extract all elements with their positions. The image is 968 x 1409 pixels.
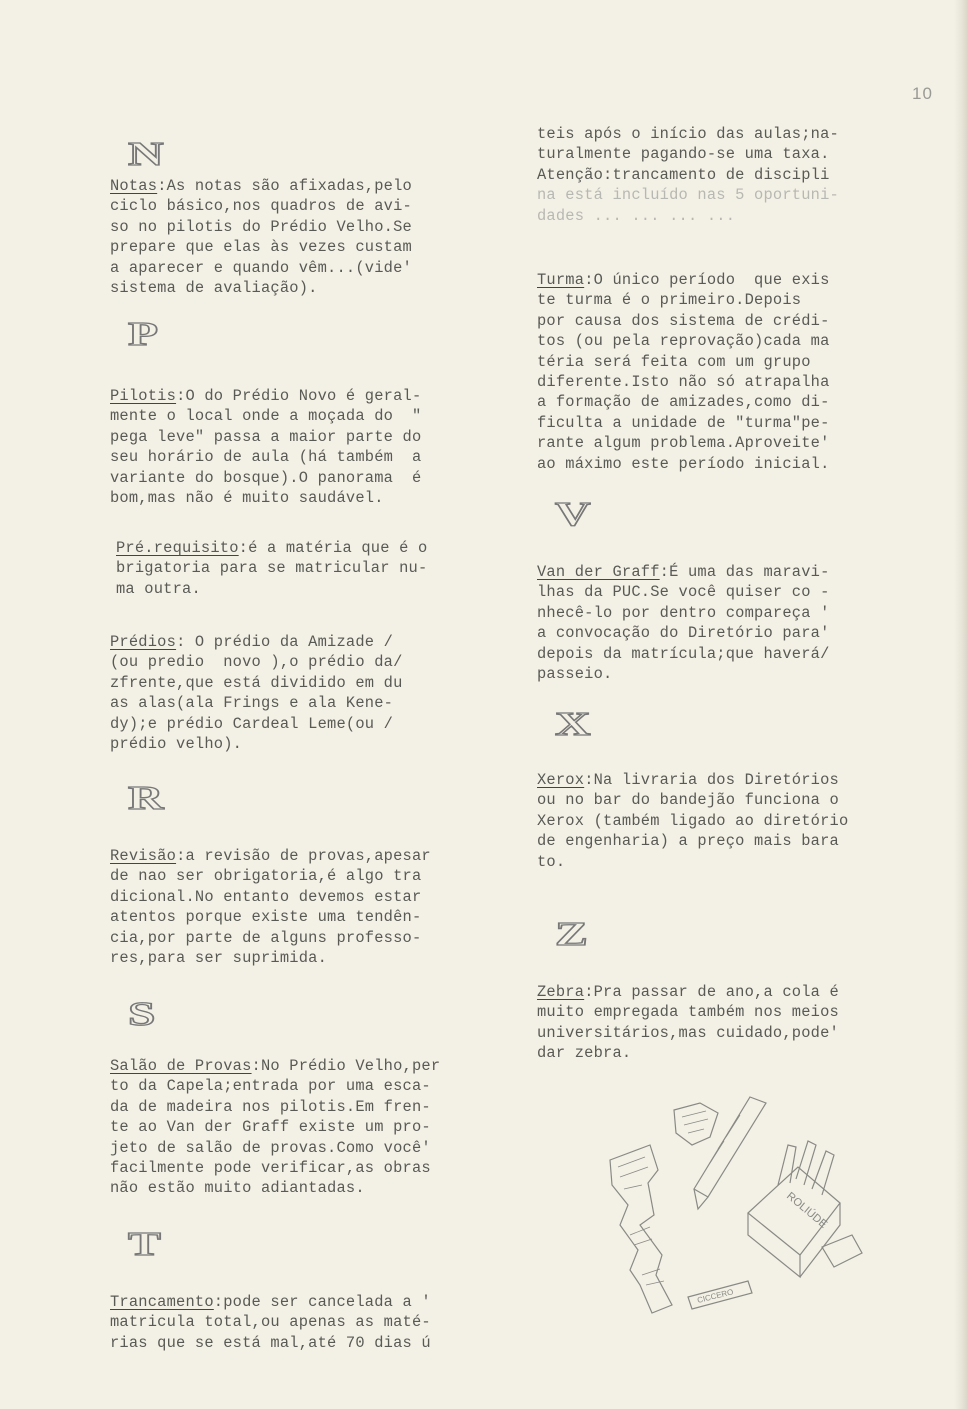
text-line: brigatoria para se matricular nu- [116, 558, 536, 578]
entry-term: Prédios [110, 633, 176, 651]
entry-body: Van der Graff:É uma das maravi-lhas da P… [537, 562, 957, 684]
text-line: ma outra. [116, 579, 536, 599]
entry-turma: Turma:O único período que existe turma é… [537, 270, 957, 474]
text-line: lhas da PUC.Se você quiser co - [537, 582, 957, 602]
entry-term: Pré.requisito [116, 539, 239, 557]
entry-pilotis: P Pilotis:O do Prédio Novo é geral-mente… [110, 318, 530, 508]
entry-body: Prédios: O prédio da Amizade /(ou predio… [110, 632, 530, 754]
section-letter-x: X [555, 708, 588, 742]
section-letter-n: N [128, 138, 161, 172]
text-line: passeio. [537, 664, 957, 684]
text-line: Revisão:a revisão de provas,apesar [110, 846, 530, 866]
text-line: Pré.requisito:é a matéria que é o [116, 538, 536, 558]
text-line: bom,mas não é muito saudável. [110, 488, 530, 508]
section-letter-t: T [128, 1228, 158, 1262]
entry-body: Pilotis:O do Prédio Novo é geral-mente o… [110, 386, 530, 508]
entry-body: Trancamento:pode ser cancelada a 'matric… [110, 1292, 530, 1353]
text-line: Prédios: O prédio da Amizade / [110, 632, 530, 652]
text-line: dy);e prédio Cardeal Leme(ou / [110, 714, 530, 734]
text-line: Turma:O único período que exis [537, 270, 957, 290]
entry-term: Turma [537, 271, 584, 289]
entry-van-der-graff: V Van der Graff:É uma das maravi-lhas da… [537, 498, 957, 684]
text-line: rante algum problema.Aproveite' [537, 433, 957, 453]
entry-notas: N Notas:As notas são afixadas,pelociclo … [110, 138, 530, 298]
text-line: universitários,mas cuidado,pode' [537, 1023, 957, 1043]
text-line: to. [537, 852, 957, 872]
text-line: Xerox:Na livraria dos Diretórios [537, 770, 957, 790]
entry-term: Pilotis [110, 387, 176, 405]
text-line: diferente.Isto não só atrapalha [537, 372, 957, 392]
entry-salao-de-provas: S Salão de Provas:No Prédio Velho,perto … [110, 998, 530, 1199]
gum-stick-icon: CICCERO [688, 1281, 752, 1309]
text-line: Trancamento:pode ser cancelada a ' [110, 1292, 530, 1312]
text-line: a formação de amizades,como di- [537, 392, 957, 412]
text-line: a aparecer e quando vêm...(vide' [110, 258, 530, 278]
entry-body: teis após o início das aulas;na-turalmen… [537, 124, 957, 185]
entry-term: Van der Graff [537, 563, 660, 581]
text-line: Atenção:trancamento de discipli [537, 165, 957, 185]
text-line: a convocação do Diretório para' [537, 623, 957, 643]
entry-xerox: X Xerox:Na livraria dos Diretóriosou no … [537, 708, 957, 872]
text-line: rias que se está mal,até 70 dias ú [110, 1333, 530, 1353]
text-line: téria será feita com um grupo [537, 352, 957, 372]
text-line: pega leve" passa a maior parte do [110, 427, 530, 447]
faded-line: na está incluído nas 5 oportuni- [537, 185, 957, 205]
section-letter-r: R [128, 782, 161, 816]
text-line: Zebra:Pra passar de ano,a cola é [537, 982, 957, 1002]
text-line: não estão muito adiantadas. [110, 1178, 530, 1198]
section-letter-z: Z [555, 918, 585, 952]
text-line: ficulta a unidade de "turma"pe- [537, 413, 957, 433]
entry-body: Zebra:Pra passar de ano,a cola émuito em… [537, 982, 957, 1064]
entry-trancamento-continued: teis após o início das aulas;na-turalmen… [537, 124, 957, 226]
text-line: por causa dos sistema de crédi- [537, 311, 957, 331]
section-letter-v: V [555, 498, 588, 532]
faded-text: na está incluído nas 5 oportuni-dades ..… [537, 185, 957, 226]
text-line: dicional.No entanto devemos estar [110, 887, 530, 907]
entry-term: Trancamento [110, 1293, 214, 1311]
entry-term: Xerox [537, 771, 584, 789]
text-line: variante do bosque).O panorama é [110, 468, 530, 488]
svg-text:ROLIÚDE: ROLIÚDE [784, 1189, 830, 1230]
text-line: Pilotis:O do Prédio Novo é geral- [110, 386, 530, 406]
pencil-icon [694, 1097, 766, 1209]
text-line: teis após o início das aulas;na- [537, 124, 957, 144]
entry-term: Zebra [537, 983, 584, 1001]
text-line: nhecê-lo por dentro compareça ' [537, 603, 957, 623]
text-line: Van der Graff:É uma das maravi- [537, 562, 957, 582]
text-line: Xerox (também ligado ao diretório [537, 811, 957, 831]
text-line: te ao Van der Graff existe um pro- [110, 1117, 530, 1137]
entry-term: Revisão [110, 847, 176, 865]
faded-line: dades ... ... ... ... [537, 206, 957, 226]
text-line: prédio velho). [110, 734, 530, 754]
entry-body: Pré.requisito:é a matéria que é obrigato… [116, 538, 536, 599]
entry-trancamento: T Trancamento:pode ser cancelada a 'matr… [110, 1228, 530, 1353]
entry-term: Salão de Provas [110, 1057, 252, 1075]
text-line: (ou predio novo ),o prédio da/ [110, 652, 530, 672]
entry-predios: Prédios: O prédio da Amizade /(ou predio… [110, 632, 530, 754]
text-line: as alas(ala Frings e ala Kene- [110, 693, 530, 713]
text-line: to da Capela;entrada por uma esca- [110, 1076, 530, 1096]
text-line: seu horário de aula (há também a [110, 447, 530, 467]
text-line: sistema de avaliação). [110, 278, 530, 298]
section-letter-p: P [128, 318, 155, 352]
text-line: Salão de Provas:No Prédio Velho,per [110, 1056, 530, 1076]
entry-body: Turma:O único período que existe turma é… [537, 270, 957, 474]
text-line: so no pilotis do Prédio Velho.Se [110, 217, 530, 237]
section-letter-s: S [128, 998, 153, 1032]
text-line: dar zebra. [537, 1043, 957, 1063]
text-line: de engenharia) a preço mais bara [537, 831, 957, 851]
text-line: prepare que elas às vezes custam [110, 237, 530, 257]
text-line: ou no bar do bandejão funciona o [537, 790, 957, 810]
entry-zebra: Z Zebra:Pra passar de ano,a cola émuito … [537, 918, 957, 1064]
text-line: facilmente pode verificar,as obras [110, 1158, 530, 1178]
entry-body: Notas:As notas são afixadas,pelociclo bá… [110, 176, 530, 298]
text-line: zfrente,que está dividido em du [110, 673, 530, 693]
text-line: te turma é o primeiro.Depois [537, 290, 957, 310]
small-note-icon [674, 1103, 718, 1145]
text-line: cia,por parte de alguns professo- [110, 928, 530, 948]
text-line: da de madeira nos pilotis.Em fren- [110, 1097, 530, 1117]
text-line: jeto de salão de provas.Como você' [110, 1138, 530, 1158]
entry-pre-requisito: Pré.requisito:é a matéria que é obrigato… [116, 538, 536, 599]
text-line: depois da matrícula;que haverá/ [537, 644, 957, 664]
text-line: Notas:As notas são afixadas,pelo [110, 176, 530, 196]
text-line: ao máximo este período inicial. [537, 454, 957, 474]
text-line: mente o local onde a moçada do " [110, 406, 530, 426]
cheat-note-strip-icon [610, 1145, 672, 1313]
text-line: res,para ser suprimida. [110, 948, 530, 968]
page-number: 10 [912, 84, 933, 104]
text-line: turalmente pagando-se uma taxa. [537, 144, 957, 164]
text-line: atentos porque existe uma tendên- [110, 907, 530, 927]
text-line: tos (ou pela reprovação)cada ma [537, 331, 957, 351]
text-line: de nao ser obrigatoria,é algo tra [110, 866, 530, 886]
entry-body: Salão de Provas:No Prédio Velho,perto da… [110, 1056, 530, 1199]
entry-body: Revisão:a revisão de provas,apesarde nao… [110, 846, 530, 968]
text-line: muito empregada também nos meios [537, 1002, 957, 1022]
cheat-items-illustration: ROLIÚDE CICCERO [590, 1085, 880, 1320]
cigarette-pack-icon: ROLIÚDE [748, 1141, 840, 1277]
entry-body: Xerox:Na livraria dos Diretóriosou no ba… [537, 770, 957, 872]
entry-term: Notas [110, 177, 157, 195]
text-line: matricula total,ou apenas as maté- [110, 1312, 530, 1332]
entry-revisao: R Revisão:a revisão de provas,apesarde n… [110, 782, 530, 968]
text-line: ciclo básico,nos quadros de avi- [110, 196, 530, 216]
